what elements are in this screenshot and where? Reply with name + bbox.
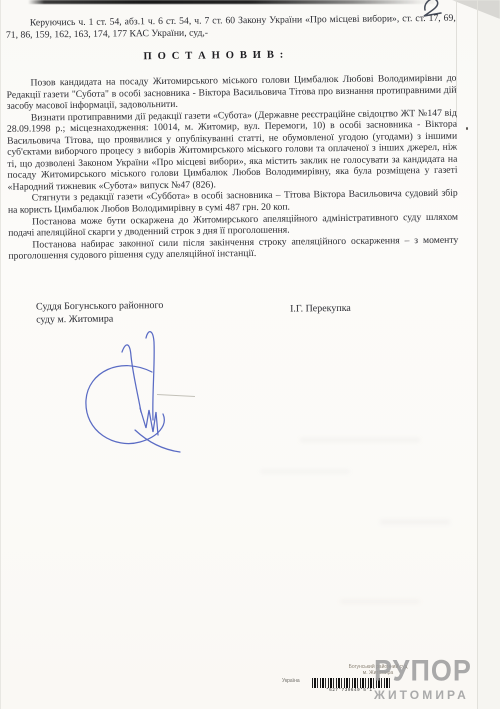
- judge-signature: [72, 322, 192, 457]
- scanned-court-document-page: Керуючись ч. 1 ст. 54, абз.1 ч. 6 ст. 54…: [0, 0, 500, 709]
- watermark-rupor: РУПОР: [374, 654, 494, 689]
- paragraph-entry-into-force: Постанова набирає законної сили після за…: [8, 234, 458, 262]
- watermark-zhytomyra: ЖИТОМИРА: [374, 688, 500, 702]
- paragraph-actions-unlawful: Визнати протиправними дії редакції газет…: [7, 107, 458, 193]
- paragraph-claim-satisfied: Позов кандидата на посаду Житомирського …: [6, 73, 456, 113]
- judge-title-line1: Суддя Богунського районного: [36, 300, 163, 314]
- barcode-digits: *627*739649*5*1*: [326, 688, 376, 693]
- judge-name: І.Г. Перекупка: [290, 303, 351, 315]
- barcode-country-label: Україна: [282, 678, 300, 684]
- resolution-heading: П О С Т А Н О В И В :: [0, 48, 444, 64]
- preamble-paragraph: Керуючись ч. 1 ст. 54, абз.1 ч. 6 ст. 54…: [6, 13, 456, 42]
- resolution-body: Позов кандидата на посаду Житомирського …: [6, 73, 458, 263]
